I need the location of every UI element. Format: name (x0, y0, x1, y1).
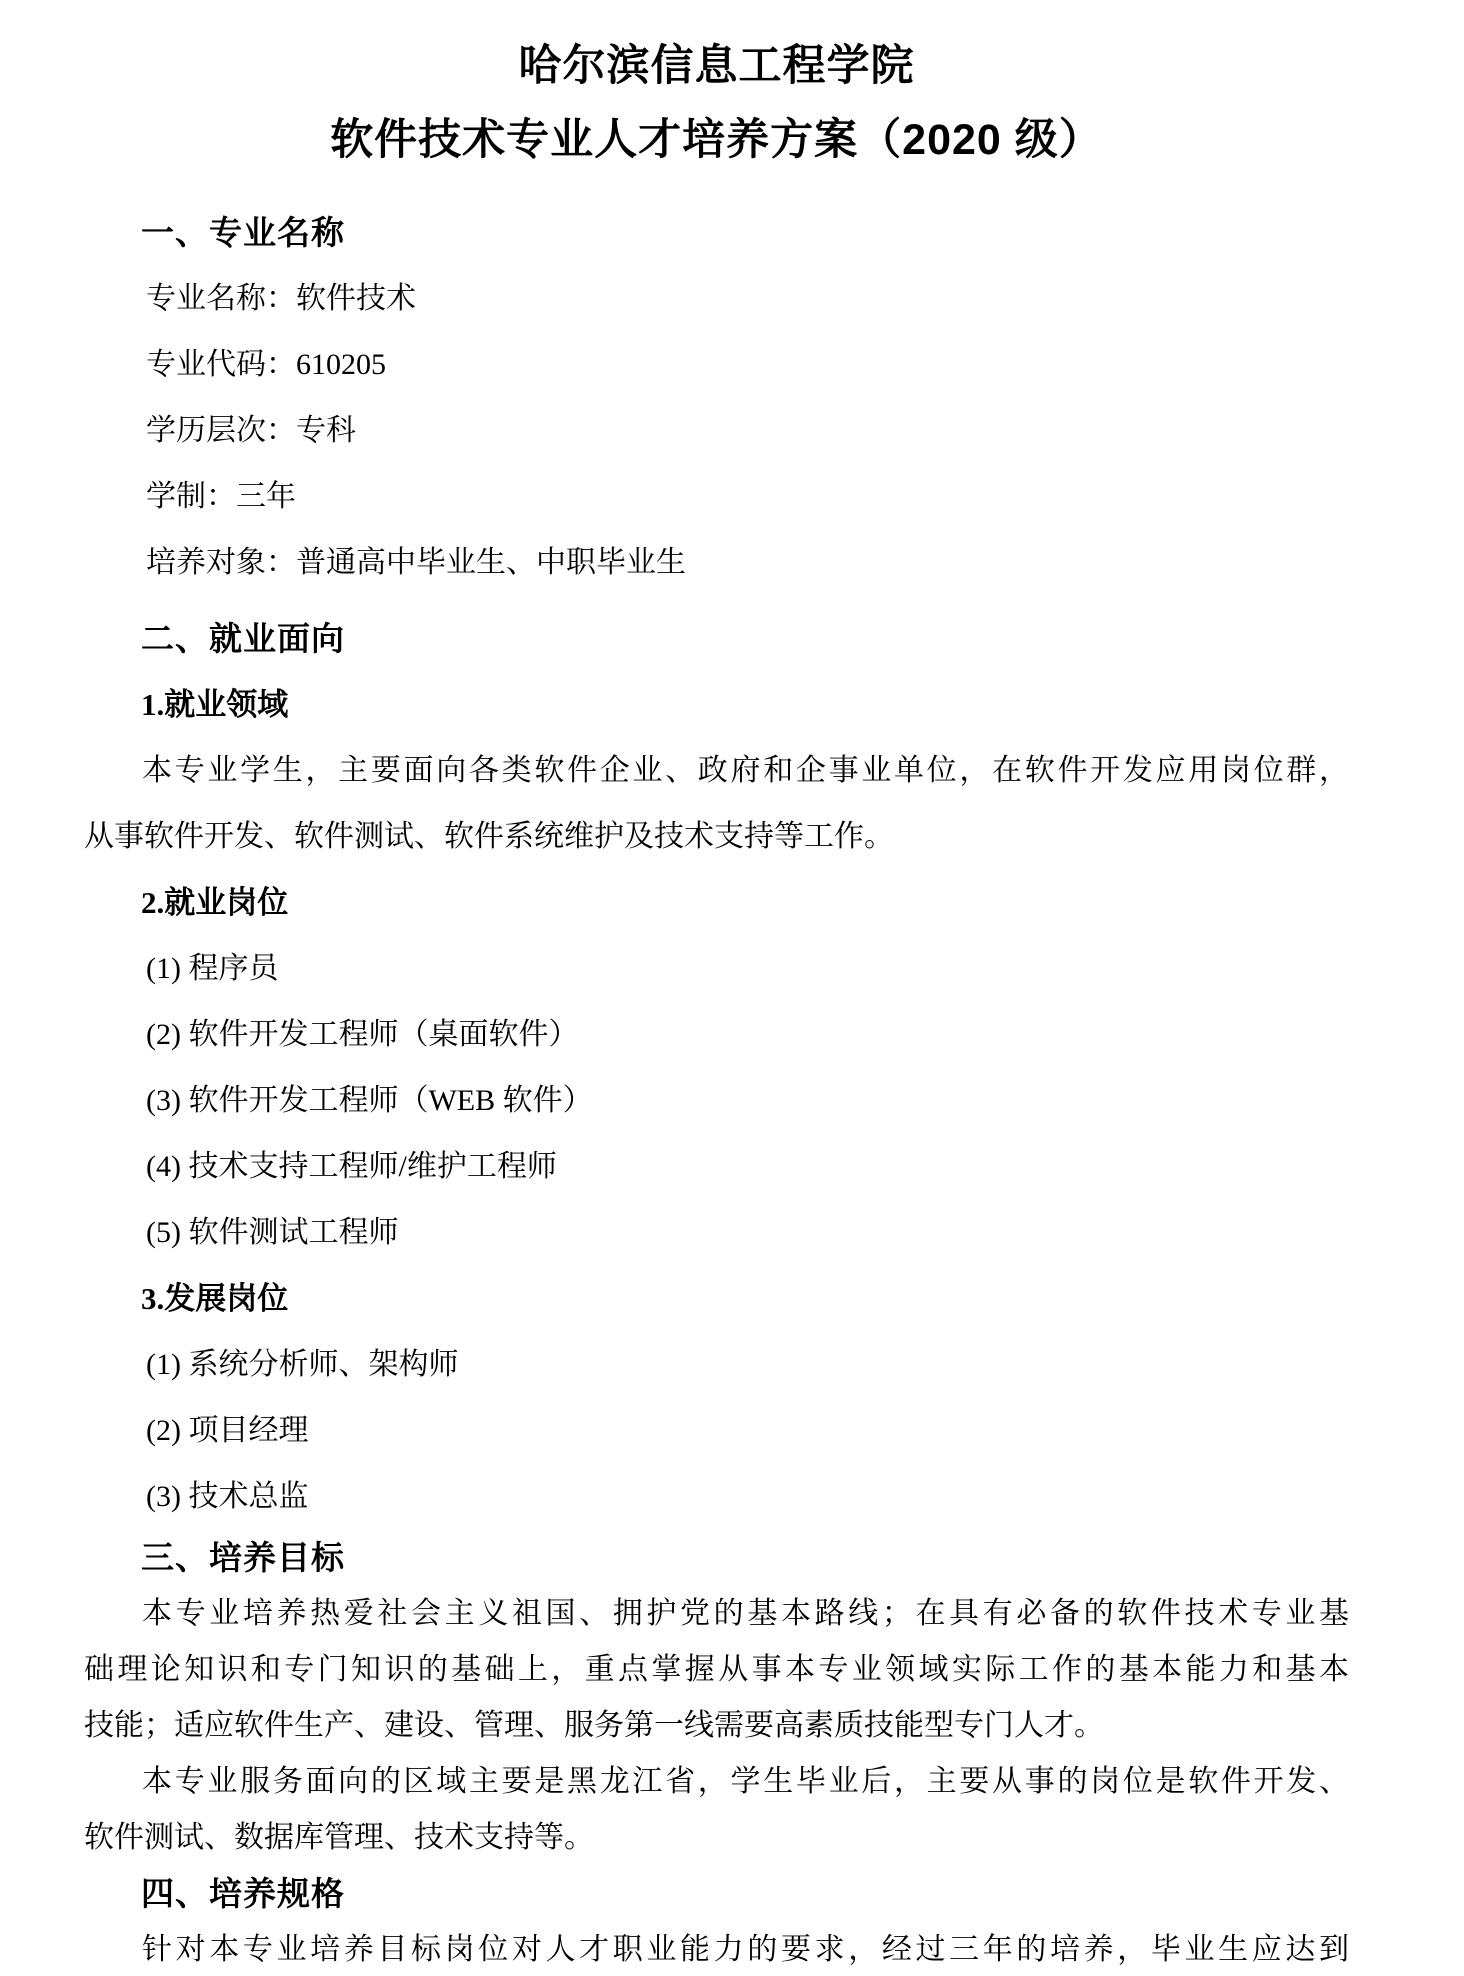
job-position-item-2: (2) 软件开发工程师（桌面软件） (84, 1002, 1349, 1068)
section-heading-major-name: 一、专业名称 (84, 200, 1349, 266)
dev-position-item-1: (1) 系统分析师、架构师 (84, 1332, 1349, 1398)
section-heading-employment: 二、就业面向 (84, 606, 1349, 672)
para-service-line-1: 本专业服务面向的区域主要是黑龙江省，学生毕业后，主要从事的岗位是软件开发、 (84, 1754, 1349, 1810)
dev-position-item-2: (2) 项目经理 (84, 1398, 1349, 1464)
field-major-name: 专业名称：软件技术 (84, 266, 1349, 332)
section-heading-training-objective: 三、培养目标 (84, 1530, 1349, 1586)
para-spec-line-1: 针对本专业培养目标岗位对人才职业能力的要求，经过三年的培养，毕业生应达到 (84, 1922, 1349, 1976)
subheading-development-positions: 3.发展岗位 (84, 1266, 1349, 1332)
para-employment-field-line-2: 从事软件开发、软件测试、软件系统维护及技术支持等工作。 (84, 804, 1349, 870)
field-major-code: 专业代码：610205 (84, 332, 1349, 398)
field-education-level: 学历层次：专科 (84, 398, 1349, 464)
job-position-item-5: (5) 软件测试工程师 (84, 1200, 1349, 1266)
doc-title-line-2: 软件技术专业人才培养方案（2020 级） (84, 110, 1349, 170)
subheading-employment-field: 1.就业领域 (84, 672, 1349, 738)
job-position-item-1: (1) 程序员 (84, 936, 1349, 1002)
job-position-item-4: (4) 技术支持工程师/维护工程师 (84, 1134, 1349, 1200)
field-training-target: 培养对象：普通高中毕业生、中职毕业生 (84, 530, 1349, 596)
job-position-item-3: (3) 软件开发工程师（WEB 软件） (84, 1068, 1349, 1134)
field-schooling-length: 学制：三年 (84, 464, 1349, 530)
para-service-line-2: 软件测试、数据库管理、技术支持等。 (84, 1810, 1349, 1866)
document-page: 哈尔滨信息工程学院 软件技术专业人才培养方案（2020 级） 一、专业名称 专业… (0, 0, 1464, 1976)
para-objective-line-1: 本专业培养热爱社会主义祖国、拥护党的基本路线；在具有必备的软件技术专业基 (84, 1586, 1349, 1642)
section-heading-training-spec: 四、培养规格 (84, 1866, 1349, 1922)
para-employment-field-line-1: 本专业学生，主要面向各类软件企业、政府和企事业单位，在软件开发应用岗位群， (84, 738, 1349, 804)
subheading-employment-positions: 2.就业岗位 (84, 870, 1349, 936)
doc-title-line-1: 哈尔滨信息工程学院 (84, 36, 1349, 96)
para-objective-line-3: 技能；适应软件生产、建设、管理、服务第一线需要高素质技能型专门人才。 (84, 1698, 1349, 1754)
dev-position-item-3: (3) 技术总监 (84, 1464, 1349, 1530)
para-objective-line-2: 础理论知识和专门知识的基础上，重点掌握从事本专业领域实际工作的基本能力和基本 (84, 1642, 1349, 1698)
